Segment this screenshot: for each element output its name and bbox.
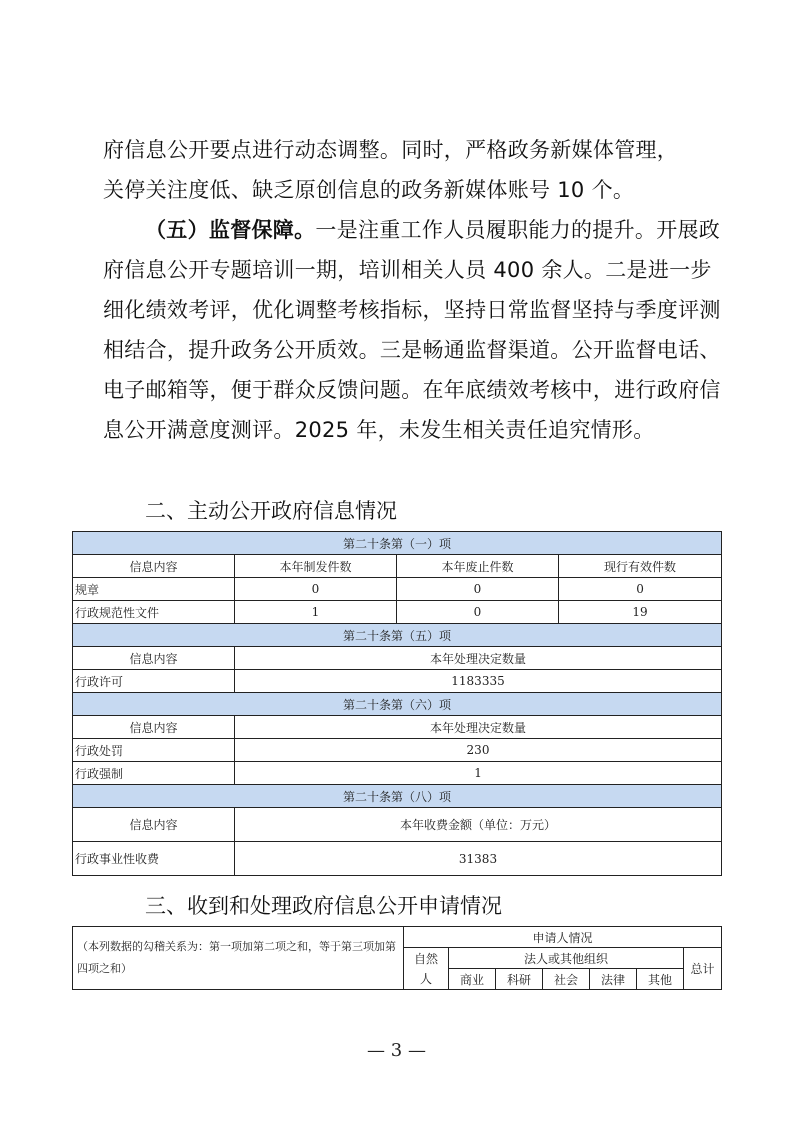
cell-value: 0 xyxy=(559,578,722,601)
section-title: 第二十条第（八）项 xyxy=(73,785,722,808)
column-header: 信息内容 xyxy=(73,808,235,842)
relation-note: （本列数据的勾稽关系为：第一项加第二项之和，等于第三项加第四项之和） xyxy=(73,927,404,990)
column-header: 本年处理决定数量 xyxy=(235,647,722,670)
header-row: 信息内容 本年处理决定数量 xyxy=(73,716,722,739)
org-type-header: 商业 xyxy=(449,969,496,990)
header-row: 信息内容 本年处理决定数量 xyxy=(73,647,722,670)
cell-value: 0 xyxy=(235,578,397,601)
section-row: 第二十条第（五）项 xyxy=(73,624,722,647)
applicant-header: 申请人情况 xyxy=(404,927,722,948)
paragraph-line: 府信息公开要点进行动态调整。同时，严格政务新媒体管理， xyxy=(103,130,723,170)
cell-value: 19 xyxy=(559,601,722,624)
legal-org-header: 法人或其他组织 xyxy=(449,948,684,969)
paragraph-bold-lead: （五）监督保障。 xyxy=(145,218,315,242)
section-title: 第二十条第（一）项 xyxy=(73,532,722,555)
row-label: 行政规范性文件 xyxy=(73,601,235,624)
paragraph-text: 一是注重工作人员履职能力的提升。开展政府信息公开专题培训一期，培训相关人员 40… xyxy=(103,218,721,442)
header-row: 信息内容 本年制发件数 本年废止件数 现行有效件数 xyxy=(73,555,722,578)
row-label: 行政事业性收费 xyxy=(73,842,235,876)
table-row: 行政处罚 230 xyxy=(73,739,722,762)
row-label: 行政强制 xyxy=(73,762,235,785)
table-row: 行政规范性文件 1 0 19 xyxy=(73,601,722,624)
cell-value: 1 xyxy=(235,601,397,624)
cell-value: 1 xyxy=(235,762,722,785)
table-row: 行政强制 1 xyxy=(73,762,722,785)
section-title: 第二十条第（六）项 xyxy=(73,693,722,716)
org-type-header: 其他 xyxy=(637,969,684,990)
section-row: 第二十条第（六）项 xyxy=(73,693,722,716)
column-header: 信息内容 xyxy=(73,555,235,578)
cell-value: 1183335 xyxy=(235,670,722,693)
section-row: 第二十条第（一）项 xyxy=(73,532,722,555)
org-type-header: 法律 xyxy=(590,969,637,990)
table-row: 行政事业性收费 31383 xyxy=(73,842,722,876)
document-page: 府信息公开要点进行动态调整。同时，严格政务新媒体管理， 关停关注度低、缺乏原创信… xyxy=(0,0,793,1122)
cell-value: 230 xyxy=(235,739,722,762)
org-type-header: 社会 xyxy=(543,969,590,990)
section-heading-3: 三、收到和处理政府信息公开申请情况 xyxy=(145,891,502,921)
paragraph-supervision: （五）监督保障。一是注重工作人员履职能力的提升。开展政府信息公开专题培训一期，培… xyxy=(103,210,723,450)
cell-value: 0 xyxy=(397,578,559,601)
natural-person-header: 自然人 xyxy=(404,948,449,990)
table-row: 规章 0 0 0 xyxy=(73,578,722,601)
cell-value: 31383 xyxy=(235,842,722,876)
table-row: 行政许可 1183335 xyxy=(73,670,722,693)
body-text: 府信息公开要点进行动态调整。同时，严格政务新媒体管理， 关停关注度低、缺乏原创信… xyxy=(103,130,723,450)
column-header: 现行有效件数 xyxy=(559,555,722,578)
cell-value: 0 xyxy=(397,601,559,624)
total-header: 总计 xyxy=(684,948,722,990)
column-header: 信息内容 xyxy=(73,647,235,670)
row-label: 行政许可 xyxy=(73,670,235,693)
column-header: 信息内容 xyxy=(73,716,235,739)
section-title: 第二十条第（五）项 xyxy=(73,624,722,647)
proactive-disclosure-table: 第二十条第（一）项 信息内容 本年制发件数 本年废止件数 现行有效件数 规章 0… xyxy=(72,531,722,876)
header-row: （本列数据的勾稽关系为：第一项加第二项之和，等于第三项加第四项之和） 申请人情况 xyxy=(73,927,722,948)
paragraph-line: 关停关注度低、缺乏原创信息的政务新媒体账号 10 个。 xyxy=(103,170,723,210)
column-header: 本年收费金额（单位：万元） xyxy=(235,808,722,842)
section-heading-2: 二、主动公开政府信息情况 xyxy=(145,496,397,526)
header-row: 信息内容 本年收费金额（单位：万元） xyxy=(73,808,722,842)
application-table: （本列数据的勾稽关系为：第一项加第二项之和，等于第三项加第四项之和） 申请人情况… xyxy=(72,926,722,990)
org-type-header: 科研 xyxy=(496,969,543,990)
column-header: 本年制发件数 xyxy=(235,555,397,578)
section-row: 第二十条第（八）项 xyxy=(73,785,722,808)
row-label: 规章 xyxy=(73,578,235,601)
column-header: 本年处理决定数量 xyxy=(235,716,722,739)
page-number: — 3 — xyxy=(0,1040,793,1061)
column-header: 本年废止件数 xyxy=(397,555,559,578)
row-label: 行政处罚 xyxy=(73,739,235,762)
